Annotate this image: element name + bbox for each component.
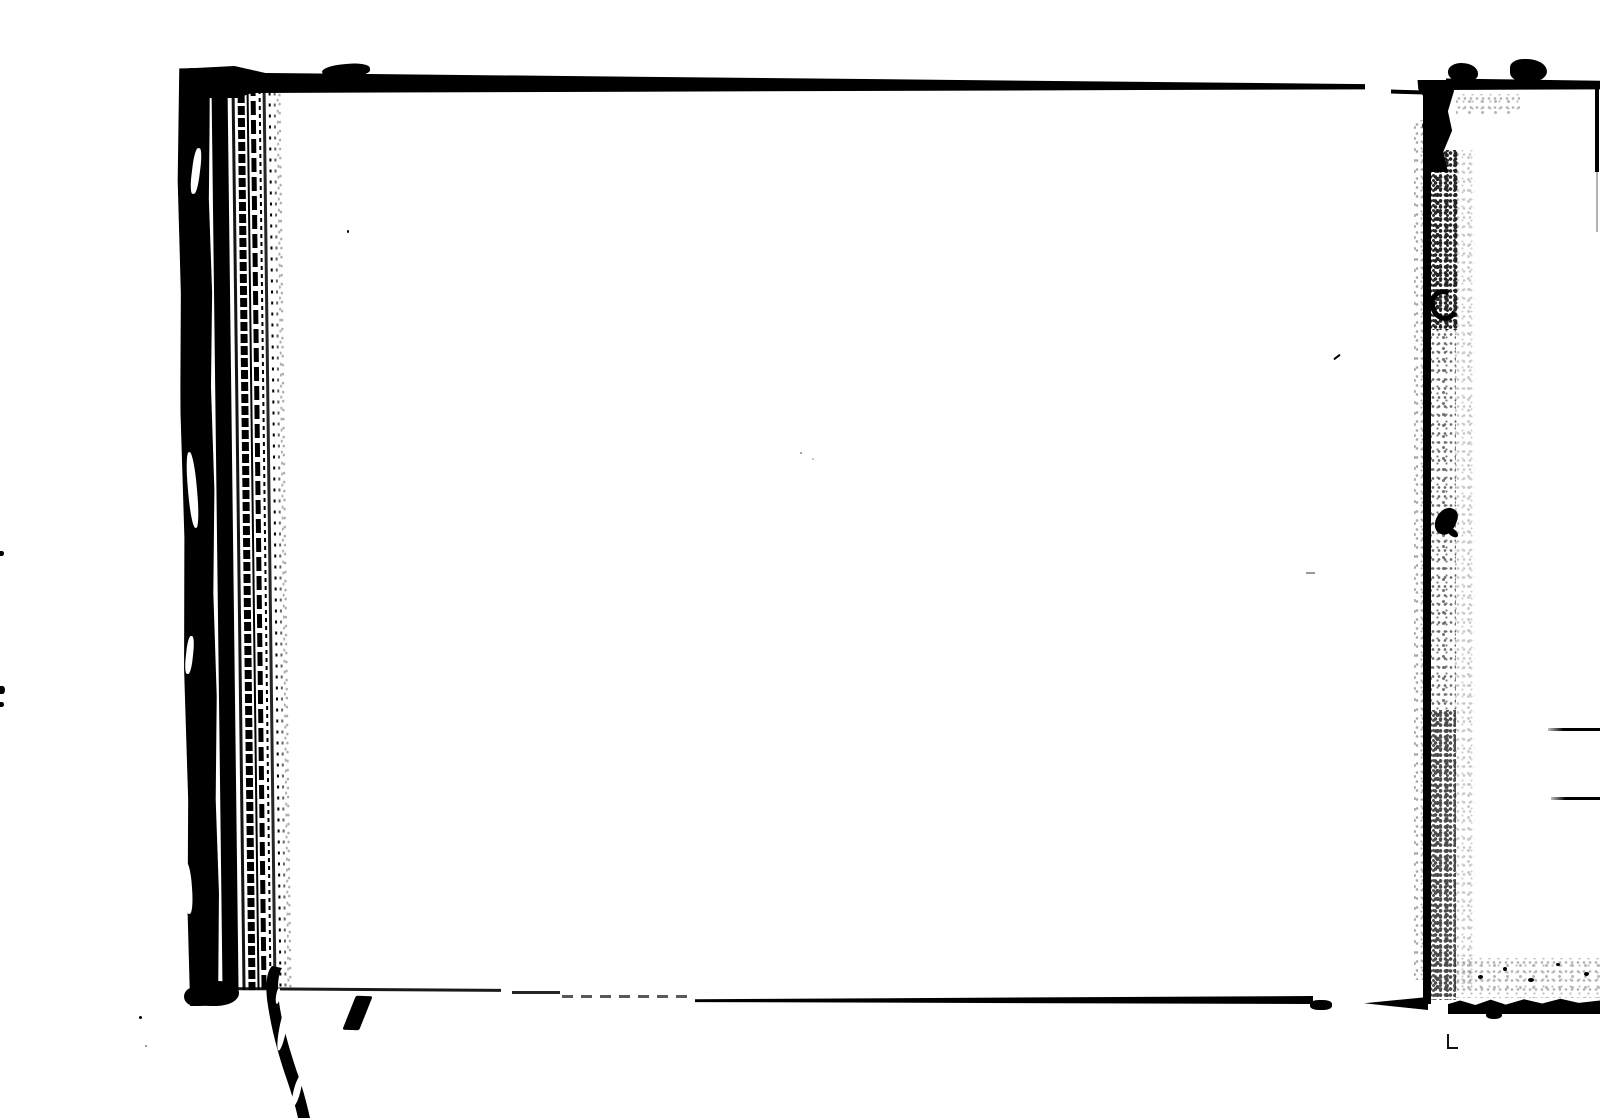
corner-mark	[1447, 1034, 1458, 1049]
page-edge-stack	[208, 82, 291, 991]
right-bottom-board-edge	[1448, 996, 1600, 1014]
ink-speck	[812, 458, 814, 460]
left-page-blank	[276, 96, 1391, 986]
ink-speck	[1503, 967, 1507, 971]
ink-speck	[0, 686, 5, 694]
cover-foot-nub	[184, 987, 206, 1006]
right-page-top-speckle	[1456, 94, 1520, 114]
right-top-edge-lump	[1510, 59, 1547, 82]
right-top-edge-lump	[1448, 63, 1478, 82]
ink-dash	[1306, 572, 1315, 574]
bottom-board-edge	[512, 991, 560, 994]
ink-speck	[800, 452, 802, 454]
right-bottom-nub	[1486, 1011, 1502, 1019]
bottom-edge-end-blob	[1310, 1000, 1332, 1010]
bottom-board-edge-dashed	[562, 995, 694, 998]
ink-speck	[1584, 972, 1589, 976]
ink-speck	[1528, 978, 1534, 982]
right-edge-vertical-line	[1595, 86, 1599, 172]
bookmark-ribbon	[252, 962, 322, 1118]
ink-speck	[1478, 975, 1483, 979]
ink-speck	[0, 551, 4, 556]
strap-fragment	[342, 996, 372, 1031]
book-scan-page	[0, 0, 1600, 1118]
bottom-board-edge	[695, 996, 1313, 1004]
ink-speck	[1556, 963, 1560, 966]
ink-speck	[347, 230, 349, 233]
right-page-blank	[1460, 92, 1600, 992]
right-bottom-wedge	[1364, 997, 1428, 1010]
ruled-line	[1551, 797, 1600, 800]
ink-speck	[0, 702, 4, 707]
ink-speck	[145, 1045, 147, 1047]
binding-gutter-texture	[1428, 710, 1456, 1000]
ink-speck	[139, 1016, 142, 1019]
gutter-top-connector	[1391, 90, 1425, 95]
ruled-line	[1548, 728, 1600, 731]
binding-gutter-texture	[1414, 120, 1423, 980]
ribbon-silhouette	[266, 966, 310, 1118]
right-edge-vertical-line-faint	[1596, 172, 1598, 232]
right-page-gutter-shadow	[1455, 150, 1475, 990]
